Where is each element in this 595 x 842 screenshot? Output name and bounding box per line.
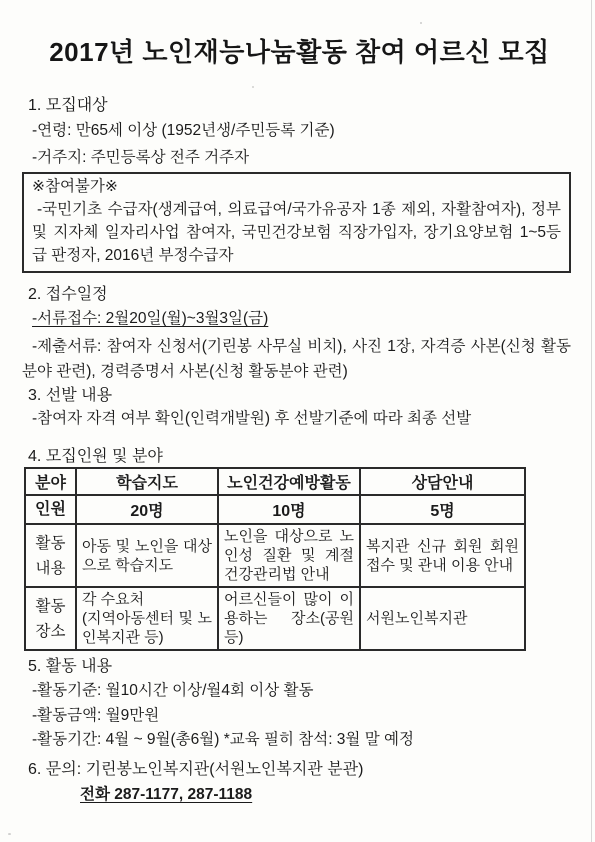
scan-noise-speck [8,833,11,835]
place-learning-cell: 각 수요처 (지역아동센터 및 노인복지관 등) [76,587,218,650]
application-period-line: -서류접수: 2월20일(월)~3월3일(금) [28,309,571,329]
table-row-activity-content: 활동 내용 아동 및 노인을 대상으로 학습지도 노인을 대상으로 노인성 질환… [25,524,525,587]
contact-phone-line: 전화 287-1177, 287-1188 [80,785,571,805]
section-contact-heading: 6. 문의: 기린봉노인복지관(서원노인복지관 분관) [28,760,571,780]
section-schedule-heading: 2. 접수일정 [28,285,571,305]
content-row-label: 활동 내용 [25,524,76,587]
scan-noise-speck [420,22,422,24]
activity-payment-line: -활동금액: 월9만원 [28,706,571,726]
table-header-field: 분야 [25,468,76,495]
recruitment-table: 분야 학습지도 노인건강예방활동 상담안내 인원 20명 10명 5명 활동 내… [24,467,526,651]
exclusion-notice-body: -국민기초 수급자(생계급여, 의료급여/국가유공자 1종 제외, 자활참여자)… [32,198,561,267]
age-requirement-line: -연령: 만65세 이상 (1952년생/주민등록 기준) [28,121,571,141]
required-documents-line: -제출서류: 참여자 신청서(기린봉 사무실 비치), 사진 1장, 자격증 사… [22,334,571,384]
place-counsel-cell: 서원노인복지관 [360,587,525,650]
table-header-counsel: 상담안내 [360,468,525,495]
people-counsel-count: 5명 [360,495,525,524]
document-page: 2017년 노인재능나눔활동 참여 어르신 모집 1. 모집대상 -연령: 만6… [0,0,595,842]
people-health-count: 10명 [218,495,360,524]
place-health-cell: 어르신들이 많이 이용하는 장소(공원 등) [218,587,360,650]
selection-detail-line: -참여자 자격 여부 확인(인력개발원) 후 선발기준에 따라 최종 선발 [28,409,571,429]
residence-requirement-line: -거주지: 주민등록상 전주 거주자 [28,148,571,168]
document-title: 2017년 노인재능나눔활동 참여 어르신 모집 [28,33,571,71]
content-learning-cell: 아동 및 노인을 대상으로 학습지도 [76,524,218,587]
table-row-activity-place: 활동 장소 각 수요처 (지역아동센터 및 노인복지관 등) 어르신들이 많이 … [25,587,525,650]
activity-standard-line: -활동기준: 월10시간 이상/월4회 이상 활동 [28,681,571,701]
section-activity-heading: 5. 활동 내용 [28,657,571,677]
content-counsel-cell: 복지관 신규 회원 회원접수 및 관내 이용 안내 [360,524,525,587]
table-header-health: 노인건강예방활동 [218,468,360,495]
scan-noise-speck [530,342,532,344]
table-header-learning: 학습지도 [76,468,218,495]
exclusion-notice-box: ※참여불가※ -국민기초 수급자(생계급여, 의료급여/국가유공자 1종 제외,… [22,172,571,273]
section-recruit-target-heading: 1. 모집대상 [28,96,571,116]
scan-noise-speck [252,86,254,88]
content-health-cell: 노인을 대상으로 노인성 질환 및 계절 건강관리법 안내 [218,524,360,587]
section-fields-heading: 4. 모집인원 및 분야 [28,447,571,467]
table-row-people: 인원 20명 10명 5명 [25,495,525,524]
section-selection-heading: 3. 선발 내용 [28,386,571,406]
exclusion-notice-title: ※참여불가※ [32,176,561,198]
place-row-label: 활동 장소 [25,587,76,650]
table-header-row: 분야 학습지도 노인건강예방활동 상담안내 [25,468,525,495]
page-edge-shadow [591,0,592,842]
activity-period-line: -활동기간: 4월 ~ 9월(총6월) *교육 필히 참석: 3월 말 예정 [28,730,571,750]
people-learning-count: 20명 [76,495,218,524]
people-row-label: 인원 [25,495,76,524]
